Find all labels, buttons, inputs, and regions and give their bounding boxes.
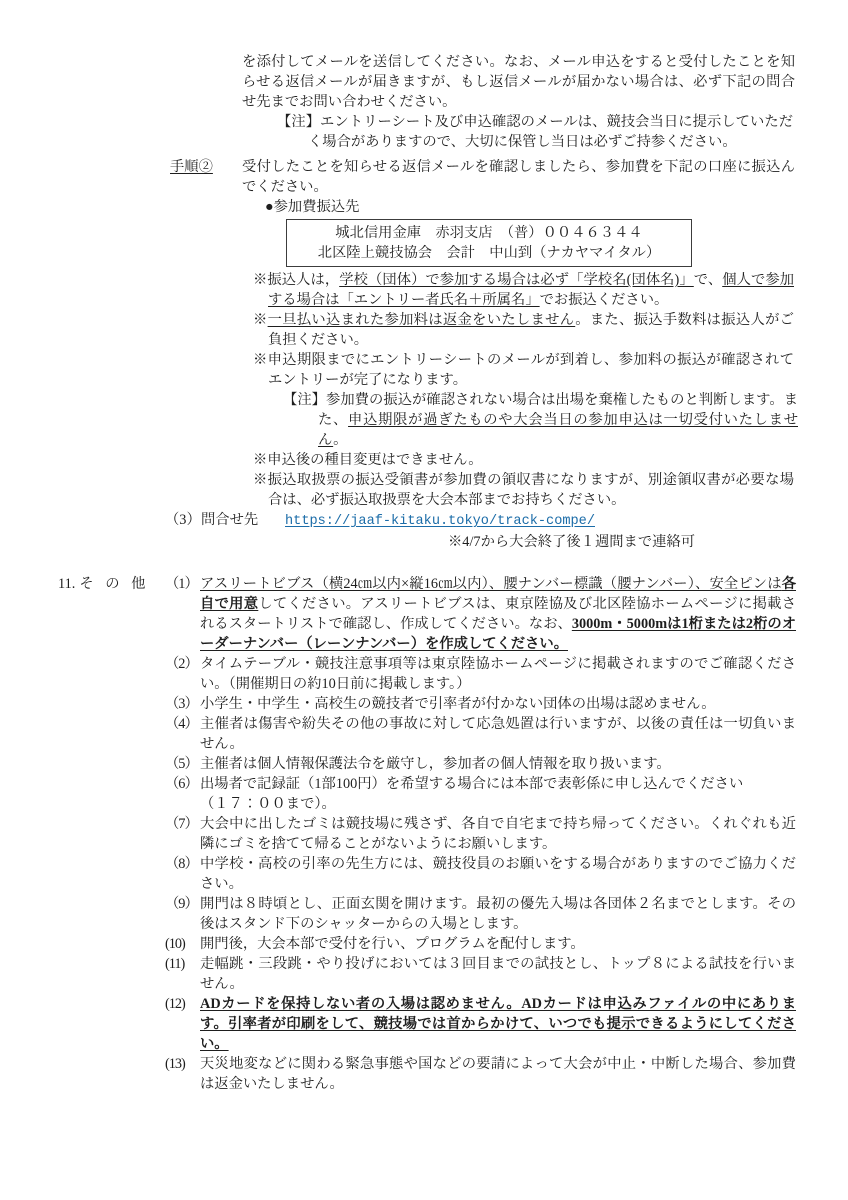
- item-number: （7）: [165, 814, 200, 854]
- item-text: 主催者は傷害や紛失その他の事故に対して応急処置は行いますが、以後の責任は一切負い…: [200, 714, 796, 754]
- text-segment: 申込期限が過ぎたものや大会当日の参加申込は一切受付いたしません: [318, 412, 798, 448]
- list-item: （5）主催者は個人情報保護法令を厳守し，参加者の個人情報を取り扱います。: [165, 754, 796, 774]
- text-segment: 小学生・中学生・高校生の競技者で引率者が付かない団体の出場は認めません。: [200, 696, 716, 712]
- note-paragraph: ※申込後の種目変更はできません。: [253, 450, 794, 470]
- item-text: ADカードを保持しない者の入場は認めません。ADカードは申込みファイルの中にあり…: [200, 994, 796, 1054]
- note-paragraph: ※申込期限までにエントリーシートのメールが到着し、参加料の振込が確認されてエント…: [253, 350, 794, 390]
- item-number: （3）: [165, 694, 200, 714]
- item-text: アスリートビブス（横24㎝以内×縦16㎝以内）、腰ナンバー標識（腰ナンバー）、安…: [200, 574, 796, 654]
- item-text: 中学校・高校の引率の先生方には、競技役員のお願いをする場合がありますのでご協力く…: [200, 854, 796, 894]
- item-number: (11): [165, 954, 200, 994]
- text-segment: でお振込ください。: [540, 292, 669, 308]
- text-segment: 開門は８時頃とし、正面玄関を開けます。最初の優先入場は各団体２名までとします。そ…: [200, 896, 796, 932]
- text-segment: ※振込人は，: [253, 272, 339, 288]
- section-11-items: （1）アスリートビブス（横24㎝以内×縦16㎝以内）、腰ナンバー標識（腰ナンバー…: [165, 574, 796, 1094]
- note-paragraph: ※振込人は，学校（団体）で参加する場合は必ず「学校名(団体名)」で、個人で参加す…: [253, 270, 794, 310]
- section-11-label: 11.そ の 他: [58, 574, 165, 1094]
- text-segment: 学校（団体）で参加する場合は必ず「学校名(団体名)」: [339, 272, 694, 288]
- item-text: 出場者で記録証（1部100円）を希望する場合には本部で表彰係に申し込んでください…: [200, 774, 796, 814]
- procedure-step-2-row: 手順② 受付したことを知らせる返信メールを確認しましたら、参加費を下記の口座に振…: [170, 157, 795, 197]
- note-paragraph: 【注】参加費の振込が確認されない場合は出場を棄権したものと判断します。また、申込…: [283, 390, 798, 450]
- contact-number: （3）: [165, 510, 201, 530]
- item-text: タイムテーブル・競技注意事項等は東京陸協ホームページに掲載されますのでご確認くだ…: [200, 654, 796, 694]
- item-text: 小学生・中学生・高校生の競技者で引率者が付かない団体の出場は認めません。: [200, 694, 796, 714]
- list-item: (10)開門後，大会本部で受付を行い、プログラムを配付します。: [165, 934, 796, 954]
- transfer-destination-heading: ●参加費振込先: [265, 197, 848, 217]
- item-number: （4）: [165, 714, 200, 754]
- transfer-notes: ※振込人は，学校（団体）で参加する場合は必ず「学校名(団体名)」で、個人で参加す…: [0, 270, 848, 510]
- bank-account-box: 城北信用金庫 赤羽支店 （普）００４６３４４ 北区陸上競技協会 会計 中山到（ナ…: [286, 219, 692, 267]
- text-segment: ADカードを保持しない者の入場は認めません。ADカードは申込みファイルの中にあり…: [200, 996, 796, 1052]
- text-segment: で、: [694, 272, 722, 288]
- bank-account-line-2: 北区陸上競技協会 会計 中山到（ナカヤマイタル）: [287, 243, 691, 263]
- text-segment: 走幅跳・三段跳・やり投げにおいては３回目までの試技とし、トップ８による試技を行い…: [200, 956, 796, 992]
- item-number: (13): [165, 1054, 200, 1094]
- section-11-title: そ の 他: [79, 576, 149, 592]
- list-item: （1）アスリートビブス（横24㎝以内×縦16㎝以内）、腰ナンバー標識（腰ナンバー…: [165, 574, 796, 654]
- text-segment: 主催者は個人情報保護法令を厳守し，参加者の個人情報を取り扱います。: [200, 756, 671, 772]
- item-number: （6）: [165, 774, 200, 814]
- text-segment: 出場者で記録証（1部100円）を希望する場合には本部で表彰係に申し込んでください: [200, 776, 743, 792]
- text-segment: 。: [333, 432, 347, 448]
- list-item: （7）大会中に出したゴミは競技場に残さず、各自で自宅まで持ち帰ってください。くれ…: [165, 814, 796, 854]
- contact-availability-note: ※4/7から大会終了後１週間まで連絡可: [448, 532, 848, 552]
- list-item: （9）開門は８時頃とし、正面玄関を開けます。最初の優先入場は各団体２名までとしま…: [165, 894, 796, 934]
- procedure-step-label: 手順②: [170, 157, 242, 197]
- intro-note-paragraph: 【注】エントリーシート及び申込確認のメールは、競技会当日に提示していただく場合が…: [277, 112, 793, 152]
- text-segment: （１７：００まで）。: [200, 796, 336, 812]
- text-segment: 主催者は傷害や紛失その他の事故に対して応急処置は行いますが、以後の責任は一切負い…: [200, 716, 796, 752]
- note-paragraph: ※振込取扱票の振込受領書が参加費の領収書になりますが、別途領収書が必要な場合は、…: [253, 470, 794, 510]
- list-item: （8）中学校・高校の引率の先生方には、競技役員のお願いをする場合がありますのでご…: [165, 854, 796, 894]
- item-number: (12): [165, 994, 200, 1054]
- item-number: （9）: [165, 894, 200, 934]
- item-text: 開門は８時頃とし、正面玄関を開けます。最初の優先入場は各団体２名までとします。そ…: [200, 894, 796, 934]
- text-segment: 中学校・高校の引率の先生方には、競技役員のお願いをする場合がありますのでご協力く…: [200, 856, 796, 892]
- text-segment: を添付してメールを送信してください。なお、メール申込をすると受付したことを知らせ…: [242, 54, 795, 110]
- text-segment: 受付したことを知らせる返信メールを確認しましたら、参加費を下記の口座に振込んでく…: [242, 159, 795, 195]
- procedure-step-body: 受付したことを知らせる返信メールを確認しましたら、参加費を下記の口座に振込んでく…: [242, 157, 795, 197]
- list-item: （6）出場者で記録証（1部100円）を希望する場合には本部で表彰係に申し込んでく…: [165, 774, 796, 814]
- list-item: (12)ADカードを保持しない者の入場は認めません。ADカードは申込みファイルの…: [165, 994, 796, 1054]
- item-text: 走幅跳・三段跳・やり投げにおいては３回目までの試技とし、トップ８による試技を行い…: [200, 954, 796, 994]
- contact-row: （3） 問合せ先 https://jaaf-kitaku.tokyo/track…: [165, 510, 848, 532]
- contact-url-link[interactable]: https://jaaf-kitaku.tokyo/track-compe/: [285, 512, 595, 532]
- item-number: (10): [165, 934, 200, 954]
- text-segment: ※振込取扱票の振込受領書が参加費の領収書になりますが、別途領収書が必要な場合は、…: [253, 472, 794, 508]
- text-segment: タイムテーブル・競技注意事項等は東京陸協ホームページに掲載されますのでご確認くだ…: [200, 656, 796, 692]
- item-number: （2）: [165, 654, 200, 694]
- item-number: （8）: [165, 854, 200, 894]
- list-item: (11)走幅跳・三段跳・やり投げにおいては３回目までの試技とし、トップ８による試…: [165, 954, 796, 994]
- item-text: 大会中に出したゴミは競技場に残さず、各自で自宅まで持ち帰ってください。くれぐれも…: [200, 814, 796, 854]
- item-text: 主催者は個人情報保護法令を厳守し，参加者の個人情報を取り扱います。: [200, 754, 796, 774]
- item-text: 天災地変などに関わる緊急事態や国などの要請によって大会が中止・中断した場合、参加…: [200, 1054, 796, 1094]
- text-segment: 天災地変などに関わる緊急事態や国などの要請によって大会が中止・中断した場合、参加…: [200, 1056, 796, 1092]
- note-paragraph: ※一旦払い込まれた参加料は返金をいたしません。また、振込手数料は振込人がご負担く…: [253, 310, 794, 350]
- contact-label: 問合せ先: [201, 510, 285, 530]
- text-segment: ※: [253, 312, 268, 328]
- document-page: を添付してメールを送信してください。なお、メール申込をすると受付したことを知らせ…: [0, 0, 848, 1200]
- text-segment: アスリートビブス（横24㎝以内×縦16㎝以内）、腰ナンバー標識（腰ナンバー）、安…: [200, 576, 782, 592]
- list-item: （3）小学生・中学生・高校生の競技者で引率者が付かない団体の出場は認めません。: [165, 694, 796, 714]
- intro-paragraph: を添付してメールを送信してください。なお、メール申込をすると受付したことを知らせ…: [242, 52, 795, 112]
- item-number: （5）: [165, 754, 200, 774]
- item-number: （1）: [165, 574, 200, 654]
- item-text: 開門後，大会本部で受付を行い、プログラムを配付します。: [200, 934, 796, 954]
- text-segment: ※申込期限までにエントリーシートのメールが到着し、参加料の振込が確認されてエント…: [253, 352, 794, 388]
- list-item: (13)天災地変などに関わる緊急事態や国などの要請によって大会が中止・中断した場…: [165, 1054, 796, 1094]
- text-segment: 大会中に出したゴミは競技場に残さず、各自で自宅まで持ち帰ってください。くれぐれも…: [200, 816, 796, 852]
- list-item: （2）タイムテーブル・競技注意事項等は東京陸協ホームページに掲載されますのでご確…: [165, 654, 796, 694]
- list-item: （4）主催者は傷害や紛失その他の事故に対して応急処置は行いますが、以後の責任は一…: [165, 714, 796, 754]
- text-segment: 【注】エントリーシート及び申込確認のメールは、競技会当日に提示していただく場合が…: [277, 114, 793, 150]
- text-segment: ※申込後の種目変更はできません。: [253, 452, 483, 468]
- section-11-others: 11.そ の 他 （1）アスリートビブス（横24㎝以内×縦16㎝以内）、腰ナンバ…: [0, 574, 848, 1094]
- text-segment: 一旦払い込まれた参加料は返金をいたしません: [268, 312, 576, 328]
- bank-account-line-1: 城北信用金庫 赤羽支店 （普）００４６３４４: [287, 223, 691, 243]
- section-11-number: 11.: [58, 576, 75, 592]
- text-segment: 開門後，大会本部で受付を行い、プログラムを配付します。: [200, 936, 585, 952]
